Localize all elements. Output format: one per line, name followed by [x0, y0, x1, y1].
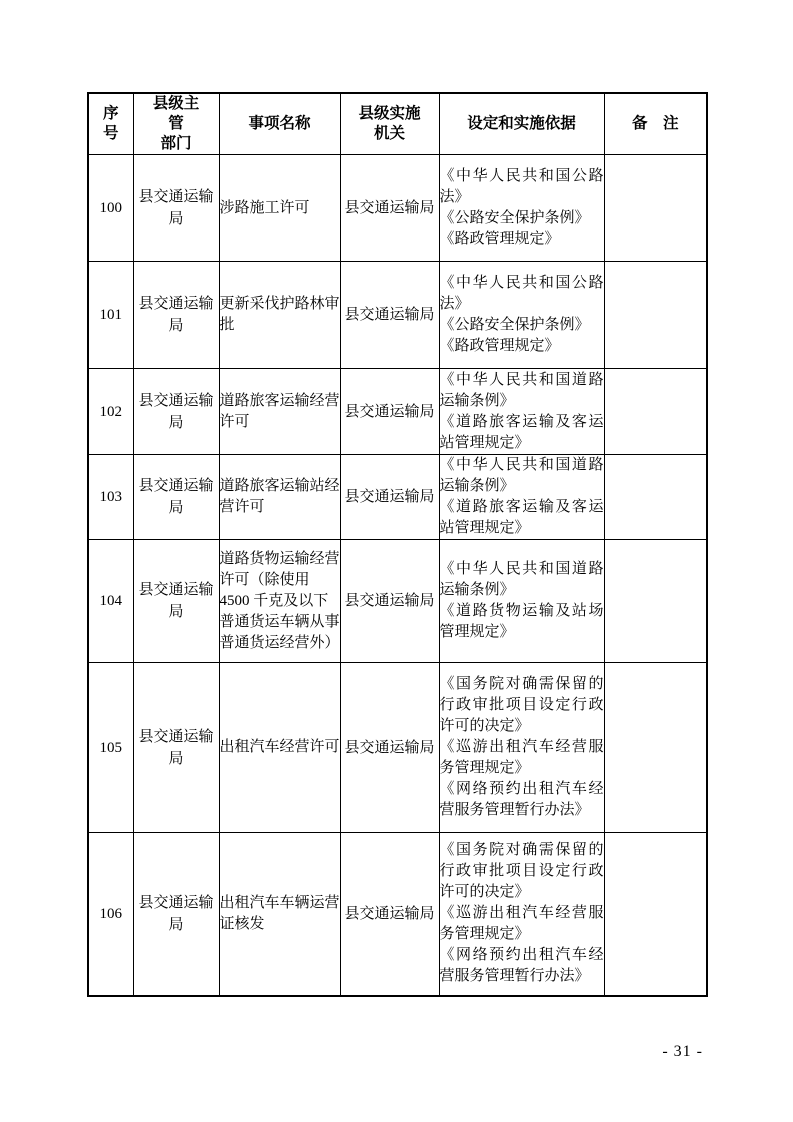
basis-ref: 《中华人民共和国道路运输条例》 [440, 559, 604, 601]
item-cell: 涉路施工许可 [219, 155, 340, 262]
table-row: 103 县交通运输局 道路旅客运输站经营许可 县交通运输局 《中华人民共和国道路… [88, 455, 707, 540]
serial-cell: 105 [88, 663, 133, 833]
header-basis: 设定和实施依据 [439, 93, 604, 155]
remark-cell [604, 663, 707, 833]
dept-cell: 县交通运输局 [133, 540, 219, 663]
basis-ref: 《道路货物运输及站场管理规定》 [440, 601, 604, 643]
item-cell: 出租汽车车辆运营证核发 [219, 833, 340, 996]
remark-cell [604, 369, 707, 455]
serial-cell: 102 [88, 369, 133, 455]
item-cell: 道路旅客运输站经营许可 [219, 455, 340, 540]
basis-ref: 《巡游出租汽车经营服务管理规定》 [440, 903, 604, 945]
basis-ref: 《中华人民共和国道路运输条例》 [440, 370, 604, 412]
basis-ref: 《中华人民共和国公路法》 [440, 166, 604, 208]
basis-cell: 《国务院对确需保留的行政审批项目设定行政许可的决定》 《巡游出租汽车经营服务管理… [439, 663, 604, 833]
item-cell: 道路旅客运输经营许可 [219, 369, 340, 455]
basis-cell: 《中华人民共和国道路运输条例》 《道路旅客运输及客运站管理规定》 [439, 455, 604, 540]
basis-cell: 《中华人民共和国公路法》 《公路安全保护条例》 《路政管理规定》 [439, 155, 604, 262]
remark-cell [604, 455, 707, 540]
header-dept: 县级主 管 部门 [133, 93, 219, 155]
header-remark: 备 注 [604, 93, 707, 155]
serial-cell: 100 [88, 155, 133, 262]
basis-ref: 《中华人民共和国公路法》 [440, 273, 604, 315]
basis-ref: 《路政管理规定》 [440, 336, 604, 357]
agency-cell: 县交通运输局 [340, 833, 439, 996]
remark-cell [604, 540, 707, 663]
item-cell: 更新采伐护路林审批 [219, 262, 340, 369]
basis-ref: 《道路旅客运输及客运站管理规定》 [440, 412, 604, 454]
basis-cell: 《中华人民共和国道路运输条例》 《道路旅客运输及客运站管理规定》 [439, 369, 604, 455]
basis-cell: 《中华人民共和国公路法》 《公路安全保护条例》 《路政管理规定》 [439, 262, 604, 369]
dept-cell: 县交通运输局 [133, 833, 219, 996]
table-row: 101 县交通运输局 更新采伐护路林审批 县交通运输局 《中华人民共和国公路法》… [88, 262, 707, 369]
agency-cell: 县交通运输局 [340, 262, 439, 369]
table-row: 102 县交通运输局 道路旅客运输经营许可 县交通运输局 《中华人民共和国道路运… [88, 369, 707, 455]
basis-cell: 《中华人民共和国道路运输条例》 《道路货物运输及站场管理规定》 [439, 540, 604, 663]
agency-cell: 县交通运输局 [340, 455, 439, 540]
basis-ref: 《网络预约出租汽车经营服务管理暂行办法》 [440, 779, 604, 821]
basis-ref: 《路政管理规定》 [440, 229, 604, 250]
header-row: 序 号 县级主 管 部门 事项名称 县级实施 机关 设定和实施依据 备 注 [88, 93, 707, 155]
basis-ref: 《公路安全保护条例》 [440, 315, 604, 336]
serial-cell: 103 [88, 455, 133, 540]
serial-cell: 106 [88, 833, 133, 996]
table-row: 100 县交通运输局 涉路施工许可 县交通运输局 《中华人民共和国公路法》 《公… [88, 155, 707, 262]
dept-cell: 县交通运输局 [133, 262, 219, 369]
table-row: 104 县交通运输局 道路货物运输经营许可（除使用 4500 千克及以下普通货运… [88, 540, 707, 663]
agency-cell: 县交通运输局 [340, 369, 439, 455]
basis-ref: 《中华人民共和国道路运输条例》 [440, 455, 604, 497]
remark-cell [604, 155, 707, 262]
agency-cell: 县交通运输局 [340, 540, 439, 663]
item-cell: 出租汽车经营许可 [219, 663, 340, 833]
item-cell: 道路货物运输经营许可（除使用 4500 千克及以下普通货运车辆从事普通货运经营外… [219, 540, 340, 663]
basis-ref: 《巡游出租汽车经营服务管理规定》 [440, 737, 604, 779]
header-agency: 县级实施 机关 [340, 93, 439, 155]
header-item-name: 事项名称 [219, 93, 340, 155]
basis-ref: 《国务院对确需保留的行政审批项目设定行政许可的决定》 [440, 840, 604, 903]
basis-ref: 《道路旅客运输及客运站管理规定》 [440, 497, 604, 539]
remark-cell [604, 262, 707, 369]
document-page: 序 号 县级主 管 部门 事项名称 县级实施 机关 设定和实施依据 备 注 10… [0, 0, 793, 1122]
table-row: 106 县交通运输局 出租汽车车辆运营证核发 县交通运输局 《国务院对确需保留的… [88, 833, 707, 996]
table-header: 序 号 县级主 管 部门 事项名称 县级实施 机关 设定和实施依据 备 注 [88, 93, 707, 155]
agency-cell: 县交通运输局 [340, 155, 439, 262]
dept-cell: 县交通运输局 [133, 369, 219, 455]
dept-cell: 县交通运输局 [133, 455, 219, 540]
remark-cell [604, 833, 707, 996]
basis-ref: 《国务院对确需保留的行政审批项目设定行政许可的决定》 [440, 674, 604, 737]
basis-cell: 《国务院对确需保留的行政审批项目设定行政许可的决定》 《巡游出租汽车经营服务管理… [439, 833, 604, 996]
serial-cell: 101 [88, 262, 133, 369]
table-row: 105 县交通运输局 出租汽车经营许可 县交通运输局 《国务院对确需保留的行政审… [88, 663, 707, 833]
page-number: - 31 - [662, 1042, 703, 1062]
header-serial: 序 号 [88, 93, 133, 155]
agency-cell: 县交通运输局 [340, 663, 439, 833]
dept-cell: 县交通运输局 [133, 155, 219, 262]
serial-cell: 104 [88, 540, 133, 663]
basis-ref: 《网络预约出租汽车经营服务管理暂行办法》 [440, 945, 604, 987]
approval-items-table: 序 号 县级主 管 部门 事项名称 县级实施 机关 设定和实施依据 备 注 10… [87, 92, 708, 997]
basis-ref: 《公路安全保护条例》 [440, 208, 604, 229]
dept-cell: 县交通运输局 [133, 663, 219, 833]
